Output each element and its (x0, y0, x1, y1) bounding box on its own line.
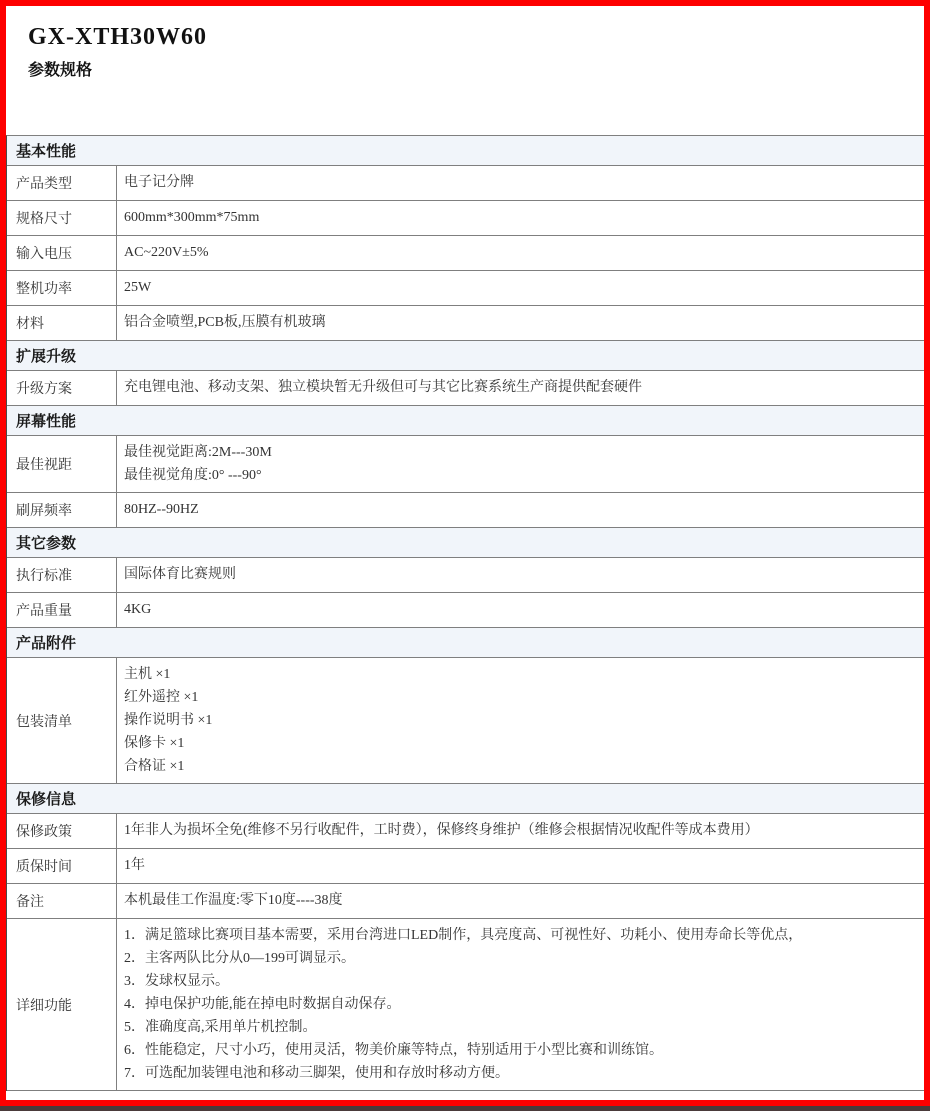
spec-value-line: 操作说明书 ×1 (124, 709, 916, 732)
spec-label: 产品重量 (7, 593, 117, 627)
spec-row: 详细功能 1．满足篮球比赛项目基本需要，采用台湾进口LED制作，具亮度高、可视性… (7, 919, 924, 1091)
spec-value: 充电锂电池、移动支架、独立模块暂无升级但可与其它比赛系统生产商提供配套硬件 (117, 371, 924, 405)
spec-value-line: 1．满足篮球比赛项目基本需要，采用台湾进口LED制作，具亮度高、可视性好、功耗小… (124, 924, 916, 947)
section-header: 产品附件 (7, 628, 924, 658)
spec-table: 基本性能 产品类型 电子记分牌 规格尺寸 600mm*300mm*75mm 输入… (6, 135, 924, 1091)
spec-section-title: 参数规格 (28, 60, 924, 82)
spec-label: 备注 (7, 884, 117, 918)
spec-value-line: 合格证 ×1 (124, 755, 916, 778)
spec-value-line: 红外遥控 ×1 (124, 686, 916, 709)
spec-value-line: 2．主客两队比分从0—199可调显示。 (124, 947, 916, 970)
spec-label: 升级方案 (7, 371, 117, 405)
spec-value-line: 主机 ×1 (124, 663, 916, 686)
spec-label: 整机功率 (7, 271, 117, 305)
spec-label: 执行标准 (7, 558, 117, 592)
spec-label: 包装清单 (7, 658, 117, 783)
spec-value-line: 7．可选配加装锂电池和移动三脚架，使用和存放时移动方便。 (124, 1062, 916, 1085)
spec-value: 国际体育比赛规则 (117, 558, 924, 592)
spec-value-line: 电子记分牌 (124, 172, 916, 194)
spec-value: 1年非人为损坏全免(维修不另行收配件，工时费），保修终身维护（维修会根据情况收配… (117, 814, 924, 848)
spec-value-line: 5．准确度高,采用单片机控制。 (124, 1016, 916, 1039)
spec-value-line: 80HZ--90HZ (124, 499, 916, 521)
spec-value: 主机 ×1红外遥控 ×1操作说明书 ×1保修卡 ×1合格证 ×1 (117, 658, 924, 783)
spec-label: 详细功能 (7, 919, 117, 1090)
spec-value-line: 4．掉电保护功能,能在掉电时数据自动保存。 (124, 993, 916, 1016)
section-header: 保修信息 (7, 784, 924, 814)
spec-row: 保修政策 1年非人为损坏全免(维修不另行收配件，工时费），保修终身维护（维修会根… (7, 814, 924, 849)
section-header: 其它参数 (7, 528, 924, 558)
spec-value: 最佳视觉距离:2M---30M最佳视觉角度:0° ---90° (117, 436, 924, 492)
spec-value: 4KG (117, 593, 924, 627)
spec-label: 输入电压 (7, 236, 117, 270)
spec-value: 25W (117, 271, 924, 305)
spec-value: AC~220V±5% (117, 236, 924, 270)
product-spec-page: GX-XTH30W60 参数规格 基本性能 产品类型 电子记分牌 规格尺寸 60… (0, 0, 930, 1106)
spec-value-line: 保修卡 ×1 (124, 732, 916, 755)
spec-value-line: 最佳视觉角度:0° ---90° (124, 464, 916, 487)
spec-label: 保修政策 (7, 814, 117, 848)
spec-row: 执行标准 国际体育比赛规则 (7, 558, 924, 593)
spec-value-line: 25W (124, 277, 916, 299)
spec-value-line: AC~220V±5% (124, 242, 916, 264)
product-model-title: GX-XTH30W60 (28, 22, 924, 52)
spec-value-line: 国际体育比赛规则 (124, 564, 916, 586)
spec-row: 刷屏频率 80HZ--90HZ (7, 493, 924, 528)
spec-value: 600mm*300mm*75mm (117, 201, 924, 235)
spec-label: 材料 (7, 306, 117, 340)
section-header: 扩展升级 (7, 341, 924, 371)
spec-value: 电子记分牌 (117, 166, 924, 200)
spec-label: 刷屏频率 (7, 493, 117, 527)
spec-value-line: 6．性能稳定，尺寸小巧，使用灵活，物美价廉等特点，特别适用于小型比赛和训练馆。 (124, 1039, 916, 1062)
spec-label: 最佳视距 (7, 436, 117, 492)
spec-value-line: 3．发球权显示。 (124, 970, 916, 993)
spec-value: 80HZ--90HZ (117, 493, 924, 527)
spec-value-line: 铝合金喷塑,PCB板,压膜有机玻璃 (124, 312, 916, 334)
spec-row: 整机功率 25W (7, 271, 924, 306)
spec-row: 备注 本机最佳工作温度:零下10度----38度 (7, 884, 924, 919)
spec-value-line: 1年非人为损坏全免(维修不另行收配件，工时费），保修终身维护（维修会根据情况收配… (124, 820, 916, 842)
spec-row: 输入电压 AC~220V±5% (7, 236, 924, 271)
spec-row: 包装清单 主机 ×1红外遥控 ×1操作说明书 ×1保修卡 ×1合格证 ×1 (7, 658, 924, 784)
spec-value-line: 4KG (124, 599, 916, 621)
spec-row: 升级方案 充电锂电池、移动支架、独立模块暂无升级但可与其它比赛系统生产商提供配套… (7, 371, 924, 406)
bottom-divider-bar (0, 1106, 930, 1111)
spec-row: 材料 铝合金喷塑,PCB板,压膜有机玻璃 (7, 306, 924, 341)
spec-value: 1．满足篮球比赛项目基本需要，采用台湾进口LED制作，具亮度高、可视性好、功耗小… (117, 919, 924, 1090)
spec-value-line: 最佳视觉距离:2M---30M (124, 441, 916, 464)
spec-value: 铝合金喷塑,PCB板,压膜有机玻璃 (117, 306, 924, 340)
spec-row: 质保时间 1年 (7, 849, 924, 884)
title-block: GX-XTH30W60 参数规格 (6, 6, 924, 82)
spec-value: 1年 (117, 849, 924, 883)
spec-row: 规格尺寸 600mm*300mm*75mm (7, 201, 924, 236)
section-header: 基本性能 (7, 136, 924, 166)
spec-row: 产品重量 4KG (7, 593, 924, 628)
spec-label: 质保时间 (7, 849, 117, 883)
spec-label: 规格尺寸 (7, 201, 117, 235)
spec-value-line: 本机最佳工作温度:零下10度----38度 (124, 890, 916, 912)
spec-row: 最佳视距 最佳视觉距离:2M---30M最佳视觉角度:0° ---90° (7, 436, 924, 493)
spec-row: 产品类型 电子记分牌 (7, 166, 924, 201)
spec-value-line: 充电锂电池、移动支架、独立模块暂无升级但可与其它比赛系统生产商提供配套硬件 (124, 377, 916, 399)
spec-value-line: 600mm*300mm*75mm (124, 207, 916, 229)
spec-value: 本机最佳工作温度:零下10度----38度 (117, 884, 924, 918)
spec-value-line: 1年 (124, 855, 916, 877)
spec-label: 产品类型 (7, 166, 117, 200)
section-header: 屏幕性能 (7, 406, 924, 436)
